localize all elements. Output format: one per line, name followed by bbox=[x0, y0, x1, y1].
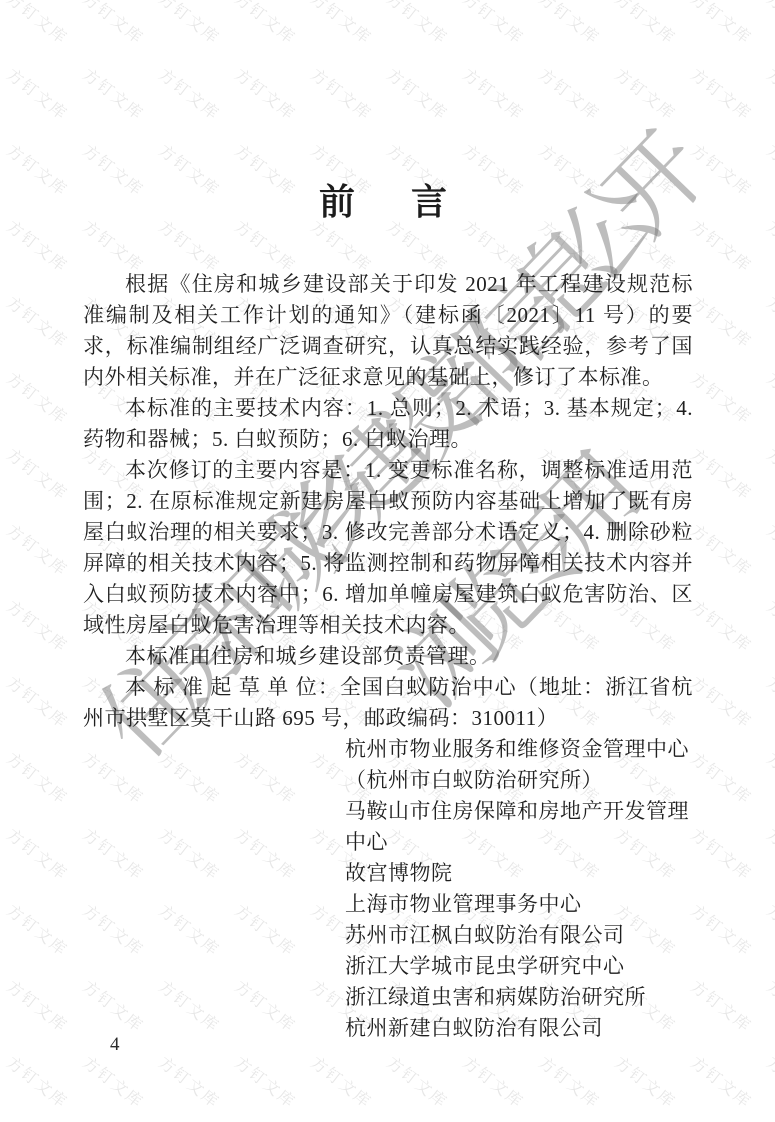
watermark-tile: 方钉文库 bbox=[763, 214, 775, 276]
watermark-tile: 方钉文库 bbox=[535, 62, 606, 124]
watermark-tile: 方钉文库 bbox=[383, 0, 454, 49]
watermark-tile: 方钉文库 bbox=[3, 974, 74, 1036]
paragraph-basis: 根据《住房和城乡建设部关于印发 2021 年工程建设规范标准编制及相关工作计划的… bbox=[83, 269, 693, 393]
watermark-tile: 方钉文库 bbox=[763, 290, 775, 352]
watermark-tile: 方钉文库 bbox=[307, 62, 378, 124]
paragraph-revision-contents: 本次修订的主要内容是：1. 变更标准名称，调整标准适用范围；2. 在原标准规定新… bbox=[83, 455, 693, 641]
watermark-tile: 方钉文库 bbox=[763, 62, 775, 124]
watermark-tile: 方钉文库 bbox=[687, 974, 758, 1036]
watermark-tile: 方钉文库 bbox=[687, 366, 758, 428]
watermark-tile: 方钉文库 bbox=[611, 62, 682, 124]
watermark-tile: 方钉文库 bbox=[763, 746, 775, 808]
watermark-tile: 方钉文库 bbox=[3, 594, 74, 656]
watermark-tile: 方钉文库 bbox=[763, 1050, 775, 1112]
watermark-tile: 方钉文库 bbox=[763, 518, 775, 580]
watermark-tile: 方钉文库 bbox=[611, 0, 682, 49]
watermark-tile: 方钉文库 bbox=[763, 822, 775, 884]
watermark-tile: 方钉文库 bbox=[687, 442, 758, 504]
watermark-tile: 方钉文库 bbox=[231, 62, 302, 124]
watermark-tile: 方钉文库 bbox=[687, 746, 758, 808]
watermark-tile: 方钉文库 bbox=[687, 0, 758, 49]
drafting-unit: 杭州新建白蚁防治有限公司 bbox=[345, 1013, 693, 1044]
paragraph-drafting-unit: 本 标 准 起 草 单 位：全国白蚁防治中心（地址：浙江省杭州市拱墅区莫干山路 … bbox=[83, 672, 693, 734]
watermark-tile: 方钉文库 bbox=[763, 0, 775, 49]
drafting-unit: 故宫博物院 bbox=[345, 858, 693, 889]
watermark-tile: 方钉文库 bbox=[3, 1050, 74, 1112]
watermark-tile: 方钉文库 bbox=[3, 670, 74, 732]
watermark-tile: 方钉文库 bbox=[383, 62, 454, 124]
page-number: 4 bbox=[110, 1034, 120, 1056]
watermark-tile: 方钉文库 bbox=[687, 518, 758, 580]
watermark-tile: 方钉文库 bbox=[459, 1050, 530, 1112]
watermark-tile: 方钉文库 bbox=[155, 62, 226, 124]
watermark-tile: 方钉文库 bbox=[687, 670, 758, 732]
watermark-tile: 方钉文库 bbox=[687, 898, 758, 960]
watermark-tile: 方钉文库 bbox=[79, 62, 150, 124]
drafting-unit: （杭州市白蚁防治研究所） bbox=[345, 765, 693, 796]
drafting-units-list: 杭州市物业服务和维修资金管理中心 （杭州市白蚁防治研究所） 马鞍山市住房保障和房… bbox=[345, 734, 693, 1044]
watermark-tile: 方钉文库 bbox=[3, 518, 74, 580]
watermark-tile: 方钉文库 bbox=[763, 594, 775, 656]
watermark-tile: 方钉文库 bbox=[155, 0, 226, 49]
watermark-tile: 方钉文库 bbox=[79, 1050, 150, 1112]
watermark-tile: 方钉文库 bbox=[383, 1050, 454, 1112]
watermark-tile: 方钉文库 bbox=[3, 442, 74, 504]
watermark-tile: 方钉文库 bbox=[535, 0, 606, 49]
watermark-tile: 方钉文库 bbox=[3, 290, 74, 352]
watermark-tile: 方钉文库 bbox=[763, 898, 775, 960]
watermark-tile: 方钉文库 bbox=[3, 746, 74, 808]
watermark-tile: 方钉文库 bbox=[307, 0, 378, 49]
drafting-unit: 马鞍山市住房保障和房地产开发管理中心 bbox=[345, 796, 693, 858]
watermark-tile: 方钉文库 bbox=[687, 290, 758, 352]
watermark-tile: 方钉文库 bbox=[763, 974, 775, 1036]
document-page: 方钉文库方钉文库方钉文库方钉文库方钉文库方钉文库方钉文库方钉文库方钉文库方钉文库… bbox=[0, 0, 775, 1122]
watermark-tile: 方钉文库 bbox=[3, 138, 74, 200]
watermark-tile: 方钉文库 bbox=[231, 0, 302, 49]
paragraph-technical-contents: 本标准的主要技术内容：1. 总则；2. 术语；3. 基本规定；4. 药物和器械；… bbox=[83, 393, 693, 455]
watermark-tile: 方钉文库 bbox=[3, 0, 74, 49]
watermark-tile: 方钉文库 bbox=[687, 138, 758, 200]
watermark-tile: 方钉文库 bbox=[535, 1050, 606, 1112]
watermark-tile: 方钉文库 bbox=[687, 214, 758, 276]
drafting-unit: 杭州市物业服务和维修资金管理中心 bbox=[345, 734, 693, 765]
watermark-tile: 方钉文库 bbox=[459, 62, 530, 124]
drafting-unit: 上海市物业管理事务中心 bbox=[345, 889, 693, 920]
watermark-tile: 方钉文库 bbox=[3, 214, 74, 276]
watermark-tile: 方钉文库 bbox=[763, 442, 775, 504]
watermark-tile: 方钉文库 bbox=[687, 62, 758, 124]
watermark-tile: 方钉文库 bbox=[459, 0, 530, 49]
page-content: 前 言 根据《住房和城乡建设部关于印发 2021 年工程建设规范标准编制及相关工… bbox=[83, 170, 693, 1044]
watermark-tile: 方钉文库 bbox=[3, 898, 74, 960]
watermark-tile: 方钉文库 bbox=[763, 670, 775, 732]
watermark-tile: 方钉文库 bbox=[155, 1050, 226, 1112]
watermark-tile: 方钉文库 bbox=[687, 594, 758, 656]
page-title: 前 言 bbox=[83, 174, 693, 225]
drafting-unit: 浙江大学城市昆虫学研究中心 bbox=[345, 951, 693, 982]
watermark-tile: 方钉文库 bbox=[763, 366, 775, 428]
watermark-tile: 方钉文库 bbox=[3, 366, 74, 428]
watermark-tile: 方钉文库 bbox=[3, 62, 74, 124]
watermark-tile: 方钉文库 bbox=[79, 0, 150, 49]
watermark-tile: 方钉文库 bbox=[3, 822, 74, 884]
watermark-tile: 方钉文库 bbox=[763, 138, 775, 200]
watermark-tile: 方钉文库 bbox=[687, 1050, 758, 1112]
drafting-unit: 苏州市江枫白蚁防治有限公司 bbox=[345, 920, 693, 951]
watermark-tile: 方钉文库 bbox=[231, 1050, 302, 1112]
paragraph-management: 本标准由住房和城乡建设部负责管理。 bbox=[83, 641, 693, 672]
watermark-tile: 方钉文库 bbox=[687, 822, 758, 884]
watermark-tile: 方钉文库 bbox=[307, 1050, 378, 1112]
drafting-unit: 浙江绿道虫害和病媒防治研究所 bbox=[345, 982, 693, 1013]
watermark-tile: 方钉文库 bbox=[611, 1050, 682, 1112]
